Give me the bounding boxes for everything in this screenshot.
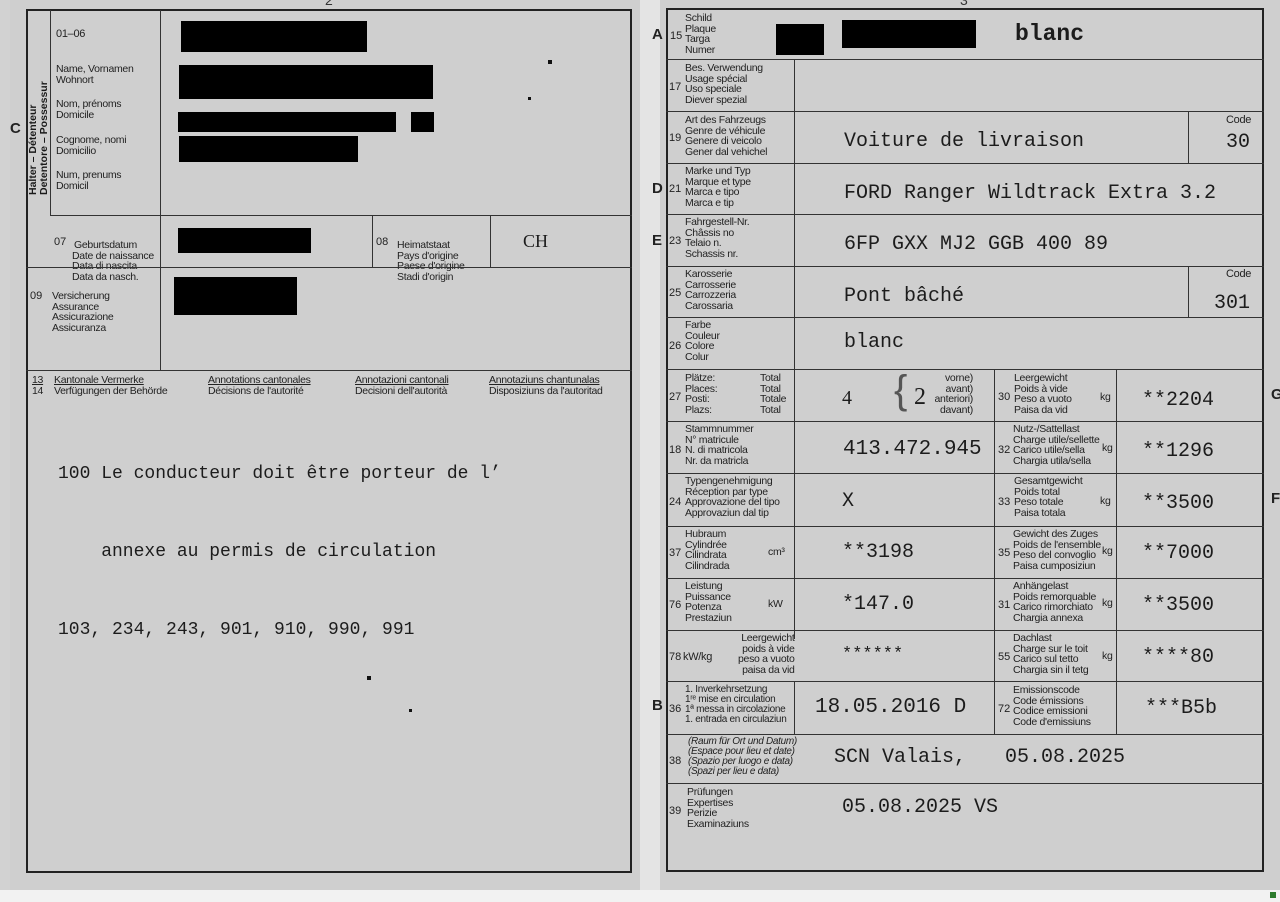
redacted-holder-name [179,65,433,99]
holder-label-rm: Num, prenumsDomicil [56,170,121,191]
issue-date-value: 05.08.2025 [1005,746,1125,769]
issue-place-value: SCN Valais, [834,746,966,769]
f23-labels: Fahrgestell-Nr.Châssis noTelaio n.Schass… [685,217,749,259]
page-number-left: 2 [325,0,333,8]
f36-labels: 1. Inverkehrsetzung1ʳᵉ mise en circulati… [685,685,786,725]
redacted-holder-address [178,112,396,132]
redacted-holder-city [179,136,358,162]
annotations-header-rm: Annotaziuns chantunalasDisposiziuns da l… [489,375,603,396]
displacement-value: **3198 [842,541,914,564]
type-approval-value: X [842,490,854,513]
side-letter-c: C [10,120,21,137]
f39-labels: PrüfungenExpertisesPerizieExaminaziuns [687,787,749,829]
power-weight-ratio-value: ****** [842,645,903,664]
f17-labels: Bes. VerwendungUsage spécialUso speciale… [685,63,763,105]
first-registration-value: 18.05.2016 D [815,696,966,719]
redacted-plate-number [842,20,976,48]
vehicle-type-code: 30 [1226,131,1250,154]
redacted-holder-address-number [411,112,434,132]
f27-labels: Plätze:Places:Posti:Plazs: [685,373,717,415]
body-type-value: Pont bâché [844,285,964,308]
f33-labels: GesamtgewichtPoids totalPeso totalePaisa… [1014,476,1082,518]
holder-vertical-label: Halter – Détenteur Detentore – Possessur [28,81,50,195]
f31-labels: AnhängelastPoids remorquableCarico rimor… [1013,581,1096,623]
roof-load-value: ****80 [1142,646,1214,669]
annotations-text: 100 Le conducteur doit être porteur de l… [58,409,501,695]
country-of-origin-value: CH [523,231,548,252]
page-gutter [640,0,660,902]
f19-labels: Art des FahrzeugsGenre de véhiculeGenere… [685,115,767,157]
scan-marker-icon [1270,892,1276,898]
payload-value: **1296 [1142,440,1214,463]
f76-labels: LeistungPuissancePotenzaPrestaziun [685,581,732,623]
seats-front-labels: vorne)avant)anteriori)davant) [932,373,973,415]
field-01-06-number: 01–06 [56,29,85,40]
annotations-header-de: Kantonale VermerkeVerfügungen der Behörd… [54,375,167,396]
holder-label-fr: Nom, prénomsDomicile [56,99,121,120]
base-number-value: 413.472.945 [843,438,982,461]
field-08-labels: HeimatstaatPays d'originePaese d'origine… [397,219,465,303]
f35-labels: Gewicht des ZugesPoids de l'ensemblePeso… [1013,529,1101,571]
redacted-insurance [174,277,297,315]
left-page: 2 C Halter – Détenteur Detentore – Posse… [10,0,640,890]
f21-labels: Marke und TypMarque et typeMarca e tipoM… [685,166,751,208]
f78-labels: Leergewichtpoids à videpeso a vuotopaisa… [738,633,795,675]
field-09-labels: VersicherungAssuranceAssicurazioneAssicu… [52,270,113,354]
holder-label-de: Name, VornamenWohnort [56,64,134,85]
towing-weight-value: **3500 [1142,594,1214,617]
holder-label-it: Cognome, nomiDomicilio [56,135,126,156]
f37-labels: HubraumCylindréeCilindrataCilindrada [685,529,729,571]
redacted-birth-date [178,228,311,253]
inspection-value: 05.08.2025 VS [842,796,998,819]
annotations-header-it: Annotazioni cantonaliDecisioni dell'auto… [355,375,449,396]
f30-labels: LeergewichtPoids à videPeso a vuotoPaisa… [1014,373,1072,415]
power-value: *147.0 [842,593,914,616]
page-number-right: 3 [960,0,968,8]
f38-labels: (Raum für Ort und Datum)(Espace pour lie… [688,737,797,777]
seats-front-value: 2 [914,384,926,411]
redacted-plate-canton [776,24,824,55]
chassis-number-value: 6FP GXX MJ2 GGB 400 89 [844,233,1108,256]
color-value: blanc [844,331,904,354]
plate-color-value: blanc [1015,21,1084,47]
emission-code-value: ***B5b [1145,697,1217,720]
make-model-value: FORD Ranger Wildtrack Extra 3.2 [844,182,1216,205]
brace-icon: { [894,370,907,410]
f25-labels: KarosserieCarrosserieCarrozzeriaCarossar… [685,269,736,311]
annotations-header-fr: Annotations cantonalesDécisions de l'aut… [208,375,311,396]
f24-labels: TypengenehmigungRéception par typeApprov… [685,476,780,518]
train-weight-value: **7000 [1142,542,1214,565]
f15-labels: SchildPlaqueTargaNumer [685,13,716,55]
body-type-code: 301 [1214,292,1250,315]
f55-labels: DachlastCharge sur le toitCarico sul tet… [1013,633,1088,675]
f32-labels: Nutz-/SattellastCharge utile/selletteCar… [1013,424,1100,466]
vehicle-type-value: Voiture de livraison [844,130,1084,153]
scan-bottom-margin [0,890,1280,902]
f26-labels: FarbeCouleurColoreColur [685,320,720,362]
f18-labels: StammnummerN° matriculeN. di matricolaNr… [685,424,753,466]
empty-weight-value: **2204 [1142,389,1214,412]
gross-weight-value: **3500 [1142,492,1214,515]
right-page: 3 A D E B G F 15 SchildPlaqueTargaNumer … [660,0,1280,890]
seats-total-value: 4 [842,387,852,410]
f72-labels: EmissionscodeCode émissionsCodice emissi… [1013,685,1091,727]
redacted-holder-id [181,21,367,52]
